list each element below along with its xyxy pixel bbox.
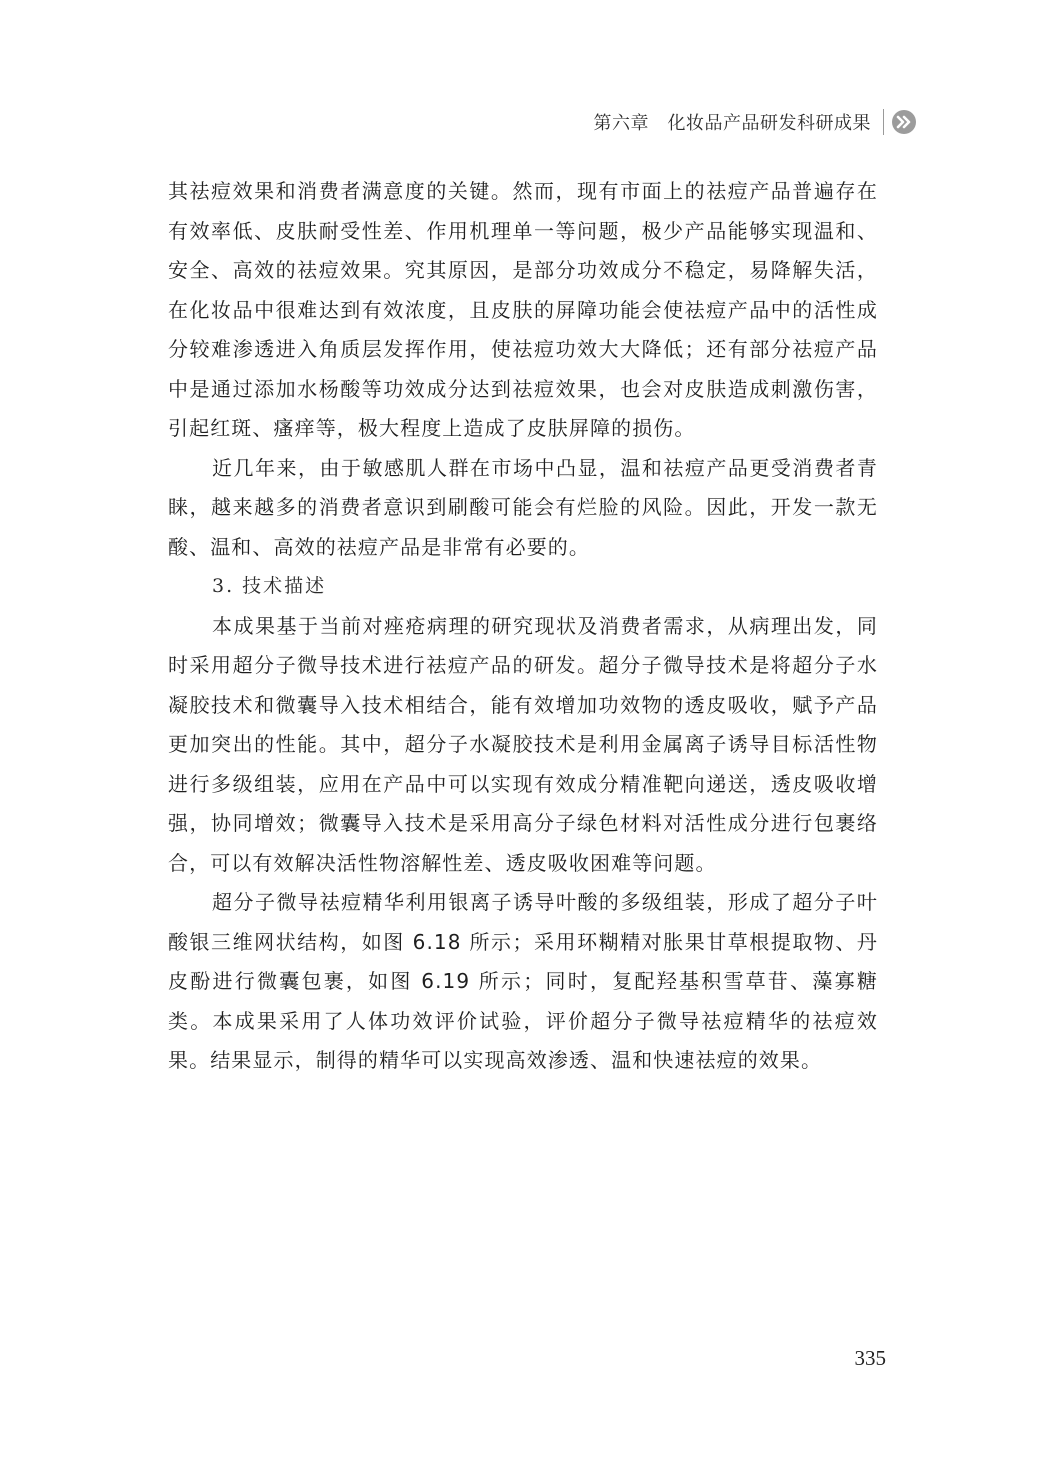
paragraph-market-trend: 近几年来，由于敏感肌人群在市场中凸显，温和祛痘产品更受消费者青睐，越来越多的消费… xyxy=(168,449,878,568)
section-heading-technical-description: 3. 技术描述 xyxy=(168,567,878,607)
page-number: 335 xyxy=(836,1346,886,1371)
page-body: 其祛痘效果和消费者满意度的关键。然而，现有市面上的祛痘产品普遍存在有效率低、皮肤… xyxy=(168,172,878,1081)
paragraph-acne-product-issues: 其祛痘效果和消费者满意度的关键。然而，现有市面上的祛痘产品普遍存在有效率低、皮肤… xyxy=(168,172,878,449)
header-divider xyxy=(883,109,884,135)
paragraph-essence-formulation: 超分子微导祛痘精华利用银离子诱导叶酸的多级组装，形成了超分子叶酸银三维网状结构，… xyxy=(168,883,878,1081)
chapter-title: 第六章 化妆品产品研发科研成果 xyxy=(594,109,872,135)
paragraph-supramolecular-tech: 本成果基于当前对痤疮病理的研究现状及消费者需求，从病理出发，同时采用超分子微导技… xyxy=(168,607,878,884)
double-chevron-right-icon xyxy=(892,110,916,134)
running-header: 第六章 化妆品产品研发科研成果 xyxy=(560,106,916,138)
